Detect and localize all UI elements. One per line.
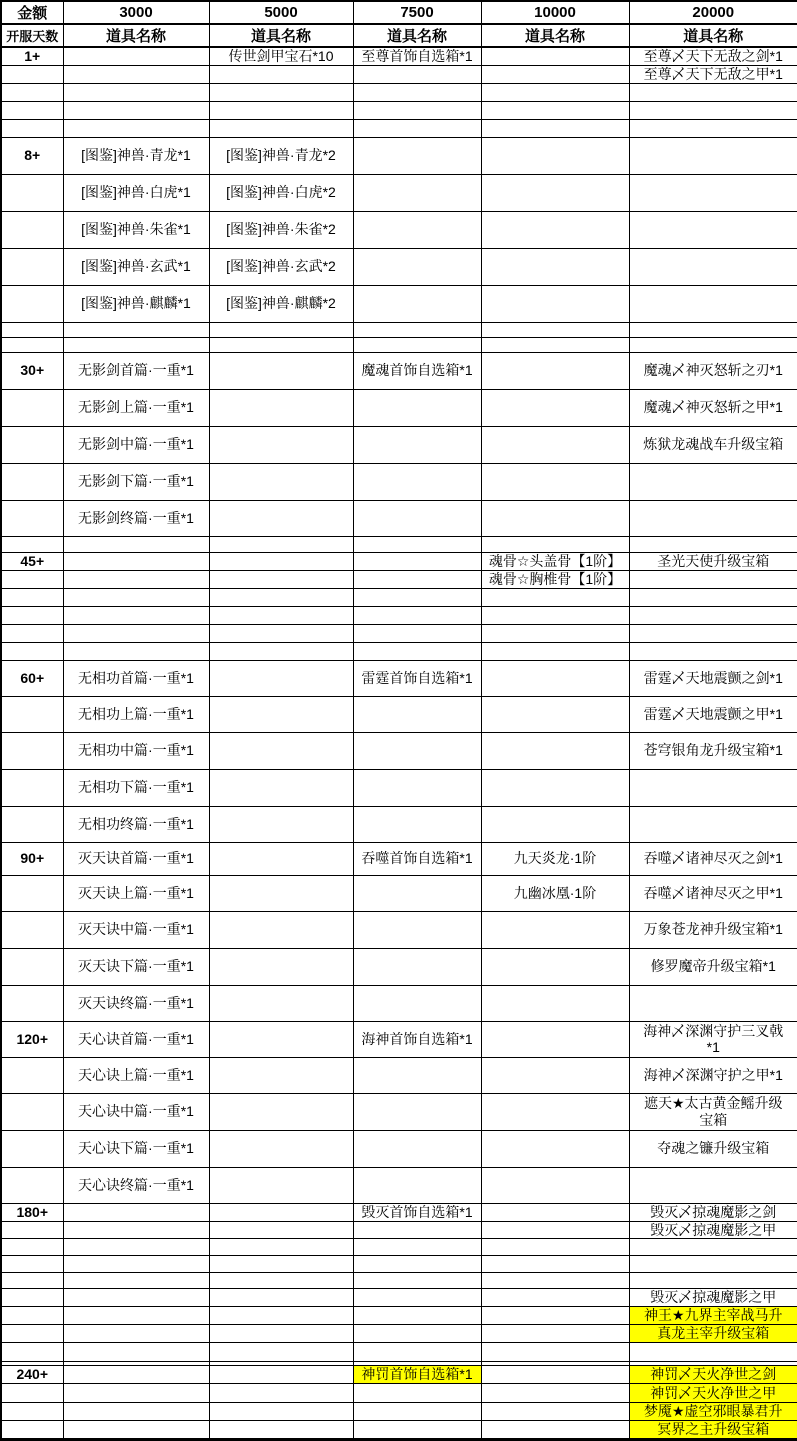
- cell: [481, 660, 629, 696]
- cell: 至尊首饰自选箱*1: [353, 47, 481, 65]
- cell: 灭天诀上篇·一重*1: [63, 875, 209, 911]
- cell: [481, 696, 629, 732]
- cell: [1, 806, 63, 842]
- cell: [1, 769, 63, 806]
- cell: [209, 352, 353, 389]
- cell: [629, 137, 797, 174]
- cell: 海神乄深渊守护之甲*1: [629, 1057, 797, 1093]
- cell: 炼狱龙魂战车升级宝箱: [629, 426, 797, 463]
- cell: [1, 389, 63, 426]
- cell: [1, 1273, 63, 1289]
- table-row: [图鉴]神兽·麒麟*1[图鉴]神兽·麒麟*2: [1, 285, 797, 322]
- cell: [1, 911, 63, 948]
- cell: [63, 536, 209, 552]
- cell: [1, 1093, 63, 1130]
- cell: [63, 1343, 209, 1362]
- cell: 九天炎龙·1阶: [481, 842, 629, 875]
- cell: 毁灭乄掠魂魔影之甲: [629, 1221, 797, 1239]
- cell: [481, 426, 629, 463]
- cell: [1, 1130, 63, 1167]
- table-row: 神王★九界主宰战马升: [1, 1307, 797, 1325]
- table-row: 毁灭乄掠魂魔影之甲: [1, 1289, 797, 1307]
- cell: [481, 1384, 629, 1403]
- cell: [481, 389, 629, 426]
- cell: [1, 174, 63, 211]
- cell: [209, 732, 353, 769]
- table-row: 无相功下篇·一重*1: [1, 769, 797, 806]
- cell: [图鉴]神兽·白虎*1: [63, 174, 209, 211]
- cell: 90+: [1, 842, 63, 875]
- cell: [481, 137, 629, 174]
- cell: 神王★九界主宰战马升: [629, 1307, 797, 1325]
- cell: [1, 83, 63, 101]
- cell: [63, 101, 209, 119]
- table-row: 180+毁灭首饰自选箱*1毁灭乄掠魂魔影之剑: [1, 1203, 797, 1221]
- cell: 毁灭首饰自选箱*1: [353, 1203, 481, 1221]
- cell: [63, 1221, 209, 1239]
- table-row: 90+灭天诀首篇·一重*1吞噬首饰自选箱*1九天炎龙·1阶吞噬乄诸神尽灭之剑*1: [1, 842, 797, 875]
- table-row: [1, 536, 797, 552]
- cell: [209, 588, 353, 606]
- cell: [209, 83, 353, 101]
- table-row: 神罚乄天火净世之甲: [1, 1384, 797, 1403]
- cell: [209, 1343, 353, 1362]
- cell: 毁灭乄掠魂魔影之甲: [629, 1289, 797, 1307]
- table-row: 天心诀上篇·一重*1海神乄深渊守护之甲*1: [1, 1057, 797, 1093]
- cell: [1, 1403, 63, 1421]
- cell: [209, 1256, 353, 1273]
- cell: 吞噬乄诸神尽灭之剑*1: [629, 842, 797, 875]
- cell: [353, 806, 481, 842]
- cell: [481, 1021, 629, 1057]
- cell: [353, 642, 481, 660]
- cell: [629, 1239, 797, 1256]
- cell: [353, 1384, 481, 1403]
- cell: [209, 570, 353, 588]
- cell: [353, 1256, 481, 1273]
- cell: [209, 65, 353, 83]
- cell: [1, 624, 63, 642]
- cell: [353, 985, 481, 1021]
- cell: [1, 285, 63, 322]
- cell: [209, 1307, 353, 1325]
- cell: 神罚乄天火净世之甲: [629, 1384, 797, 1403]
- cell: [1, 1289, 63, 1307]
- cell: [353, 732, 481, 769]
- cell: [63, 47, 209, 65]
- cell: [481, 606, 629, 624]
- cell: [353, 463, 481, 500]
- cell: 魔魂乄神灭怒斩之刃*1: [629, 352, 797, 389]
- cell: [481, 65, 629, 83]
- cell: [1, 322, 63, 337]
- cell: [481, 248, 629, 285]
- cell: [353, 83, 481, 101]
- cell: 45+: [1, 552, 63, 570]
- cell: [353, 426, 481, 463]
- table-row: [1, 101, 797, 119]
- cell: 海神首饰自选箱*1: [353, 1021, 481, 1057]
- table-row: 60+无相功首篇·一重*1雷霆首饰自选箱*1雷霆乄天地震颤之剑*1: [1, 660, 797, 696]
- header-tier-5000: 5000: [209, 1, 353, 24]
- cell: [481, 588, 629, 606]
- cell: [1, 1421, 63, 1440]
- cell: [63, 1325, 209, 1343]
- table-row: [1, 588, 797, 606]
- cell: [629, 174, 797, 211]
- table-row: 灭天诀上篇·一重*1九幽冰凰·1阶吞噬乄诸神尽灭之甲*1: [1, 875, 797, 911]
- cell: [209, 1021, 353, 1057]
- cell: 遮天★太古黄金鳐升级 宝箱: [629, 1093, 797, 1130]
- header-item-name-20000: 道具名称: [629, 24, 797, 47]
- cell: 冥界之主升级宝箱: [629, 1421, 797, 1440]
- cell: [图鉴]神兽·白虎*2: [209, 174, 353, 211]
- header-days-label: 开服天数: [1, 24, 63, 47]
- cell: [353, 696, 481, 732]
- table-row: 天心诀终篇·一重*1: [1, 1167, 797, 1203]
- cell: [353, 1239, 481, 1256]
- cell: 九幽冰凰·1阶: [481, 875, 629, 911]
- table-row: [1, 624, 797, 642]
- cell: [481, 211, 629, 248]
- cell: 30+: [1, 352, 63, 389]
- table-row: 240+神罚首饰自选箱*1神罚乄天火净世之剑: [1, 1366, 797, 1384]
- cell: 无影剑上篇·一重*1: [63, 389, 209, 426]
- cell: [209, 1403, 353, 1421]
- cell: [209, 1239, 353, 1256]
- cell: [353, 500, 481, 536]
- cell: [353, 174, 481, 211]
- cell: [63, 337, 209, 352]
- cell: [209, 500, 353, 536]
- cell: [209, 1384, 353, 1403]
- table-row: 灭天诀终篇·一重*1: [1, 985, 797, 1021]
- cell: 无影剑中篇·一重*1: [63, 426, 209, 463]
- cell: [63, 322, 209, 337]
- table-row: [1, 1256, 797, 1273]
- cell: [629, 642, 797, 660]
- cell: [629, 119, 797, 137]
- cell: [353, 137, 481, 174]
- table-row: 灭天诀下篇·一重*1修罗魔帝升级宝箱*1: [1, 948, 797, 985]
- cell: [353, 322, 481, 337]
- cell: [63, 1384, 209, 1403]
- cell: [63, 642, 209, 660]
- cell: 海神乄深渊守护三叉戟 *1: [629, 1021, 797, 1057]
- cell: [209, 660, 353, 696]
- cell: 60+: [1, 660, 63, 696]
- cell: [481, 174, 629, 211]
- cell: [353, 536, 481, 552]
- cell: [481, 806, 629, 842]
- cell: [1, 875, 63, 911]
- header-item-name-10000: 道具名称: [481, 24, 629, 47]
- cell: [1, 426, 63, 463]
- cell: [629, 1167, 797, 1203]
- cell: [63, 1289, 209, 1307]
- cell: [629, 101, 797, 119]
- cell: [1, 101, 63, 119]
- table-row: 魂骨☆胸椎骨【1阶】: [1, 570, 797, 588]
- cell: [63, 1366, 209, 1384]
- cell: [209, 1057, 353, 1093]
- cell: [209, 426, 353, 463]
- cell: [209, 552, 353, 570]
- cell: 梦魇★虚空邪眼暴君升: [629, 1403, 797, 1421]
- cell: [353, 1130, 481, 1167]
- cell: [481, 1203, 629, 1221]
- cell: [1, 1307, 63, 1325]
- cell: [481, 1167, 629, 1203]
- cell: [481, 1273, 629, 1289]
- cell: [353, 606, 481, 624]
- cell: [353, 285, 481, 322]
- table-row: 120+天心诀首篇·一重*1海神首饰自选箱*1海神乄深渊守护三叉戟 *1: [1, 1021, 797, 1057]
- table-row: [1, 83, 797, 101]
- cell: [209, 1167, 353, 1203]
- cell: 神罚首饰自选箱*1: [353, 1366, 481, 1384]
- cell: [481, 1307, 629, 1325]
- cell: [1, 1167, 63, 1203]
- cell: [353, 248, 481, 285]
- cell: 天心诀下篇·一重*1: [63, 1130, 209, 1167]
- cell: [629, 536, 797, 552]
- cell: [481, 911, 629, 948]
- cell: [209, 606, 353, 624]
- cell: [1, 1256, 63, 1273]
- cell: 8+: [1, 137, 63, 174]
- cell: [209, 985, 353, 1021]
- cell: [629, 1343, 797, 1362]
- table-row: [图鉴]神兽·玄武*1[图鉴]神兽·玄武*2: [1, 248, 797, 285]
- cell: [209, 806, 353, 842]
- cell: [629, 463, 797, 500]
- cell: 240+: [1, 1366, 63, 1384]
- table-row: 天心诀下篇·一重*1夺魂之镰升级宝箱: [1, 1130, 797, 1167]
- cell: [209, 337, 353, 352]
- table-row: [1, 119, 797, 137]
- cell: [629, 500, 797, 536]
- cell: [209, 696, 353, 732]
- cell: [481, 1057, 629, 1093]
- cell: [353, 1057, 481, 1093]
- cell: 圣光天使升级宝箱: [629, 552, 797, 570]
- table-row: [图鉴]神兽·朱雀*1[图鉴]神兽·朱雀*2: [1, 211, 797, 248]
- cell: [1, 463, 63, 500]
- cell: [209, 1221, 353, 1239]
- cell: [209, 119, 353, 137]
- cell: [629, 285, 797, 322]
- cell: [1, 500, 63, 536]
- cell: [1, 985, 63, 1021]
- cell: 修罗魔帝升级宝箱*1: [629, 948, 797, 985]
- cell: [图鉴]神兽·朱雀*1: [63, 211, 209, 248]
- cell: 无影剑终篇·一重*1: [63, 500, 209, 536]
- cell: [353, 337, 481, 352]
- cell: 120+: [1, 1021, 63, 1057]
- header-row-days: 开服天数 道具名称 道具名称 道具名称 道具名称 道具名称: [1, 24, 797, 47]
- cell: [209, 1421, 353, 1440]
- cell: [353, 1273, 481, 1289]
- header-item-name-5000: 道具名称: [209, 24, 353, 47]
- table-row: [1, 337, 797, 352]
- table-row: 梦魇★虚空邪眼暴君升: [1, 1403, 797, 1421]
- cell: [353, 911, 481, 948]
- cell: [图鉴]神兽·玄武*2: [209, 248, 353, 285]
- cell: [629, 769, 797, 806]
- cell: 无相功下篇·一重*1: [63, 769, 209, 806]
- cell: [481, 1239, 629, 1256]
- cell: 至尊乄天下无敌之甲*1: [629, 65, 797, 83]
- cell: [629, 1273, 797, 1289]
- cell: [63, 606, 209, 624]
- cell: [481, 1325, 629, 1343]
- cell: [63, 570, 209, 588]
- cell: [63, 624, 209, 642]
- cell: [209, 769, 353, 806]
- header-row-amount: 金额 3000 5000 7500 10000 20000: [1, 1, 797, 24]
- cell: [629, 806, 797, 842]
- cell: [481, 352, 629, 389]
- cell: [图鉴]神兽·朱雀*2: [209, 211, 353, 248]
- cell: 吞噬首饰自选箱*1: [353, 842, 481, 875]
- cell: [209, 463, 353, 500]
- table-row: 45+魂骨☆头盖骨【1阶】圣光天使升级宝箱: [1, 552, 797, 570]
- cell: [629, 248, 797, 285]
- cell: 天心诀首篇·一重*1: [63, 1021, 209, 1057]
- header-tier-7500: 7500: [353, 1, 481, 24]
- cell: [353, 1403, 481, 1421]
- cell: 至尊乄天下无敌之剑*1: [629, 47, 797, 65]
- cell: 无相功上篇·一重*1: [63, 696, 209, 732]
- cell: [353, 1307, 481, 1325]
- cell: [353, 65, 481, 83]
- cell: [481, 337, 629, 352]
- cell: [481, 119, 629, 137]
- cell: [63, 119, 209, 137]
- cell: [481, 536, 629, 552]
- header-tier-20000: 20000: [629, 1, 797, 24]
- header-tier-3000: 3000: [63, 1, 209, 24]
- cell: [1, 1384, 63, 1403]
- cell: [353, 588, 481, 606]
- cell: [481, 769, 629, 806]
- cell: [1, 1239, 63, 1256]
- reward-table: 金额 3000 5000 7500 10000 20000 开服天数 道具名称 …: [0, 0, 797, 1441]
- cell: [353, 1093, 481, 1130]
- cell: [353, 389, 481, 426]
- cell: [481, 322, 629, 337]
- cell: [629, 624, 797, 642]
- cell: 魂骨☆胸椎骨【1阶】: [481, 570, 629, 588]
- cell: [1, 696, 63, 732]
- cell: [63, 588, 209, 606]
- table-row: 无影剑下篇·一重*1: [1, 463, 797, 500]
- table-row: [1, 1343, 797, 1362]
- table-row: 8+[图鉴]神兽·青龙*1[图鉴]神兽·青龙*2: [1, 137, 797, 174]
- cell: [481, 285, 629, 322]
- cell: [353, 1343, 481, 1362]
- cell: 毁灭乄掠魂魔影之剑: [629, 1203, 797, 1221]
- cell: [1, 1325, 63, 1343]
- cell: 灭天诀中篇·一重*1: [63, 911, 209, 948]
- cell: 无影剑下篇·一重*1: [63, 463, 209, 500]
- cell: [353, 1289, 481, 1307]
- cell: [353, 552, 481, 570]
- cell: [63, 1421, 209, 1440]
- table-row: 真龙主宰升级宝箱: [1, 1325, 797, 1343]
- cell: 灭天诀首篇·一重*1: [63, 842, 209, 875]
- reward-table-header: 金额 3000 5000 7500 10000 20000 开服天数 道具名称 …: [1, 1, 797, 47]
- cell: [209, 624, 353, 642]
- cell: [481, 500, 629, 536]
- table-row: 毁灭乄掠魂魔影之甲: [1, 1221, 797, 1239]
- cell: 真龙主宰升级宝箱: [629, 1325, 797, 1343]
- cell: [353, 1221, 481, 1239]
- cell: [209, 948, 353, 985]
- cell: [1, 211, 63, 248]
- reward-table-body: 1+传世剑甲宝石*10至尊首饰自选箱*1至尊乄天下无敌之剑*1至尊乄天下无敌之甲…: [1, 47, 797, 1440]
- cell: [353, 1325, 481, 1343]
- cell: [209, 1325, 353, 1343]
- table-row: 至尊乄天下无敌之甲*1: [1, 65, 797, 83]
- cell: 雷霆首饰自选箱*1: [353, 660, 481, 696]
- cell: [629, 1256, 797, 1273]
- cell: [209, 1130, 353, 1167]
- cell: [63, 1307, 209, 1325]
- cell: 1+: [1, 47, 63, 65]
- cell: [481, 1366, 629, 1384]
- cell: [629, 337, 797, 352]
- cell: [629, 83, 797, 101]
- cell: 灭天诀下篇·一重*1: [63, 948, 209, 985]
- cell: [629, 985, 797, 1021]
- cell: [209, 875, 353, 911]
- cell: [图鉴]神兽·玄武*1: [63, 248, 209, 285]
- cell: [1, 606, 63, 624]
- cell: 魔魂首饰自选箱*1: [353, 352, 481, 389]
- cell: [481, 47, 629, 65]
- cell: [481, 642, 629, 660]
- cell: [209, 911, 353, 948]
- cell: [481, 1403, 629, 1421]
- cell: [1, 948, 63, 985]
- cell: 苍穹银角龙升级宝箱*1: [629, 732, 797, 769]
- cell: [209, 642, 353, 660]
- cell: [63, 83, 209, 101]
- cell: [481, 1343, 629, 1362]
- cell: 180+: [1, 1203, 63, 1221]
- cell: [481, 732, 629, 769]
- cell: [481, 1289, 629, 1307]
- cell: [481, 1256, 629, 1273]
- cell: [图鉴]神兽·青龙*1: [63, 137, 209, 174]
- cell: [481, 1221, 629, 1239]
- cell: [1, 732, 63, 769]
- cell: [353, 119, 481, 137]
- header-item-name-7500: 道具名称: [353, 24, 481, 47]
- header-item-name-3000: 道具名称: [63, 24, 209, 47]
- cell: 无相功终篇·一重*1: [63, 806, 209, 842]
- cell: [209, 1366, 353, 1384]
- cell: 吞噬乄诸神尽灭之甲*1: [629, 875, 797, 911]
- table-row: 无影剑终篇·一重*1: [1, 500, 797, 536]
- cell: 万象苍龙神升级宝箱*1: [629, 911, 797, 948]
- cell: [63, 65, 209, 83]
- cell: 无影剑首篇·一重*1: [63, 352, 209, 389]
- cell: [209, 322, 353, 337]
- cell: [209, 842, 353, 875]
